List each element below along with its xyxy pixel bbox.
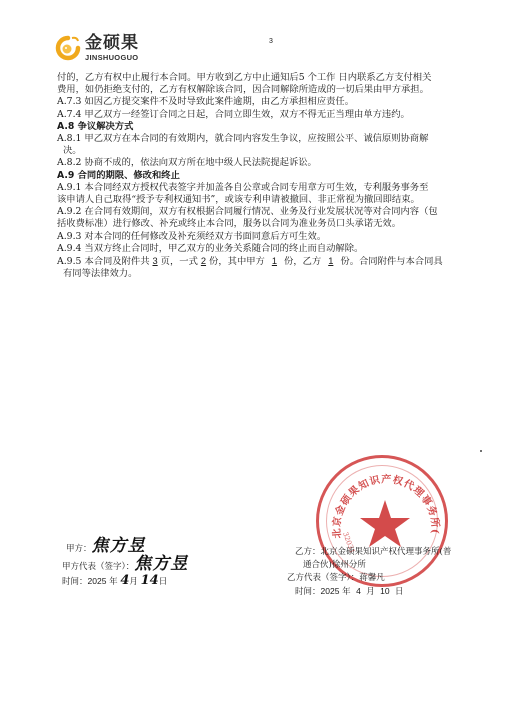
party-b-label: 乙方： — [295, 547, 321, 557]
party-a-signature-block: 甲方：焦方昱 甲方代表（签字）：焦方昱 时间：2025 年 4月 14日 — [62, 540, 188, 589]
clause-a9-4: A.9.4 当双方终止合同时，甲乙双方的业务关系随合同的终止而自动解除。 — [57, 243, 489, 255]
year-unit: 年 — [342, 587, 351, 597]
clause-a7-3: A.7.3 如因乙方提交案件不及时导致此案件逾期，由乙方承担相应责任。 — [57, 96, 489, 108]
scan-speck — [480, 450, 482, 452]
section-a9-heading: A.9 合同的期限、修改和终止 — [57, 170, 489, 182]
clause-text: 份，乙方 — [284, 256, 321, 267]
clause-a7-4: A.7.4 甲乙双方一经签订合同之日起，合同立即生效，双方不得无正当理由单方违约… — [57, 109, 489, 121]
clause-a9-5-cont: 有同等法律效力。 — [57, 268, 489, 280]
clause-a8-2: A.8.2 协商不成的，依法向双方所在地中级人民法院提起诉讼。 — [57, 157, 489, 169]
clause-text: 页，一式 — [161, 256, 198, 267]
clause-text: A.9.5 本合同及附件共 — [57, 256, 150, 267]
seal-text: 北京金硕果知识产权代理事务所(普通合伙)徐州分所 — [319, 458, 442, 539]
party-a-year: 2025 — [88, 576, 107, 586]
party-b-rep-name: 蒋馨凡 — [359, 573, 385, 583]
clause-text: 份。合同附件与本合同具 — [340, 256, 442, 267]
day-unit: 日 — [395, 587, 404, 597]
page-count: 3 — [150, 256, 161, 266]
clause-a7-continuation: 付的，乙方有权中止履行本合同。甲方收到乙方中止通知后5 个工作 日内联系乙方支付… — [57, 72, 489, 84]
logo-chinese-name: 金硕果 — [85, 35, 139, 52]
clause-a9-2: A.9.2 在合同有效期间，双方有权根据合同履行情况、业务及行业发展状况等对合同… — [57, 206, 489, 218]
section-a8-heading: A.8 争议解决方式 — [57, 121, 489, 133]
clause-a8-1: A.8.1 甲乙双方在本合同的有效期内，就合同内容发生争议，应按照公平、诚信原则… — [57, 133, 489, 145]
party-a-date-label: 时间： — [62, 577, 88, 587]
party-a-label: 甲方： — [66, 544, 92, 554]
party-b-signature-block: 乙方：北京金硕果知识产权代理事务所(普 通合伙)徐州分所 乙方代表（签字）：蒋馨… — [287, 546, 502, 599]
year-unit: 年 — [109, 577, 118, 587]
clause-a9-1-cont: 该申请人自己取得“授予专利权通知书”，或该专利申请被撤回、非正常视为撤回即结束。 — [57, 194, 489, 206]
party-b-day: 10 — [380, 586, 389, 596]
party-a-handwritten-name: 焦方昱 — [92, 536, 146, 556]
party-b-rep-label: 乙方代表（签字）： — [287, 573, 359, 583]
day-unit: 日 — [159, 577, 168, 587]
clause-text: 份，其中甲方 — [209, 256, 265, 267]
party-a-day: 14 — [141, 573, 159, 588]
copy-count: 2 — [198, 256, 209, 266]
page-number: 3 — [269, 38, 273, 45]
clause-a8-1-cont: 决。 — [57, 145, 489, 157]
party-b-name: 北京金硕果知识产权代理事务所(普 — [321, 547, 452, 557]
contract-clauses: 付的，乙方有权中止履行本合同。甲方收到乙方中止通知后5 个工作 日内联系乙方支付… — [57, 72, 489, 280]
clause-a7-continuation-2: 费用，如仍拒绝支付的，乙方有权解除该合同，因合同解除所造成的一切后果由甲方承担。 — [57, 84, 489, 96]
party-b-year: 2025 — [321, 586, 340, 596]
month-unit: 月 — [129, 577, 138, 587]
party-a-rep-label: 甲方代表（签字）： — [62, 562, 134, 572]
company-logo: 金硕果 JINSHUOGUO — [55, 35, 139, 62]
clause-a9-5: A.9.5 本合同及附件共3页，一式2份，其中甲方1份，乙方1份。合同附件与本合… — [57, 255, 489, 268]
svg-text:北京金硕果知识产权代理事务所(普通合伙)徐州分所: 北京金硕果知识产权代理事务所(普通合伙)徐州分所 — [319, 458, 442, 539]
party-b-copies: 1 — [321, 256, 340, 266]
clause-a9-3: A.9.3 对本合同的任何修改及补充须经双方书面同意后方可生效。 — [57, 231, 489, 243]
party-b-month: 4 — [356, 586, 361, 596]
logo-fruit-icon — [55, 35, 81, 61]
party-b-date-label: 时间： — [295, 587, 321, 597]
party-a-copies: 1 — [265, 256, 284, 266]
party-a-rep-handwritten: 焦方昱 — [134, 554, 188, 574]
clause-a9-1: A.9.1 本合同经双方授权代表签字并加盖各自公章或合同专用章方可生效，专利服务… — [57, 182, 489, 194]
logo-english-name: JINSHUOGUO — [85, 54, 139, 62]
clause-a9-2-cont: 括收费标准）进行修改、补充或终止本合同，服务以合同为准业务员口头承诺无效。 — [57, 218, 489, 230]
month-unit: 月 — [366, 587, 375, 597]
party-b-name-cont: 通合伙)徐州分所 — [303, 560, 366, 570]
